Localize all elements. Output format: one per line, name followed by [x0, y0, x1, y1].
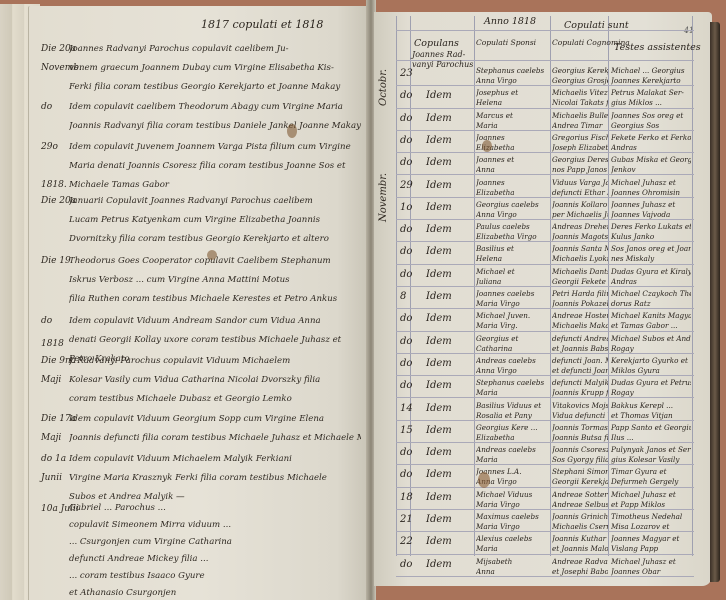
row-cognomina: Andreae Sotter ViduaAndreae Selbus filia	[552, 490, 608, 510]
row-day: 14	[400, 403, 420, 414]
table-row: doIdemMichael Juven.Maria Virg.Andreae H…	[374, 309, 712, 331]
row-day: 23	[400, 68, 420, 79]
row-cognomina: Andreas Dreher etJoannis Magots	[552, 222, 608, 242]
row-day: do	[400, 246, 420, 257]
row-testes-line: Miklos Gyura	[611, 366, 691, 376]
row-testes-line: Misa Lozarov et	[611, 522, 691, 532]
row-testes: Fekete Ferko et FerkoAndras	[611, 133, 691, 153]
row-cognomina: Stephani Simonisz etGeorgii Kerekjarto	[552, 467, 608, 487]
ink-blot	[207, 250, 217, 260]
row-sponsi-line: Joannes caelebs	[476, 289, 548, 299]
row-sponsi-line: Anna Virgo	[476, 76, 548, 86]
table-row: doIdemJoannesElizabethaGregorius Fischer…	[374, 131, 712, 153]
right-page: 41 Anno 1818 Copulati sunt Copulans Copu…	[374, 12, 712, 586]
row-testes: Michael Subos et AndreasRogay	[611, 334, 691, 354]
row-cognomina: Michaelis DantsoalGeorgii Fekete Istvan	[552, 267, 608, 287]
entry-text: Joannes Radvanyi Parochus copulavit cael…	[69, 40, 361, 97]
row-sponsi-line: Marcus et	[476, 111, 548, 121]
row-cognomina-line: Georgius Deres et Ja-	[552, 155, 608, 165]
row-cognomina-line: per Michaelis Juhasz	[552, 210, 608, 220]
row-testes-line: Deres Ferko Lukats et	[611, 222, 691, 232]
row-testes-line: Andras	[611, 143, 691, 153]
row-sponsi: Basilius etHelena	[476, 244, 548, 264]
row-day: do	[400, 157, 420, 168]
row-cognomina-line: Nicolai Takats filia	[552, 98, 608, 108]
row-cognomina-line: defuncti Ethar Miska	[552, 188, 608, 198]
row-cognomina-line: Michaelis Dantsoal	[552, 267, 608, 277]
row-testes-line: Bakkus Kerepl ...	[611, 401, 691, 411]
row-sponsi: Joannes caelebsMaria Virgo	[476, 289, 548, 309]
entry-line: Virgine Maria Krasznyk Ferki filia coram…	[69, 469, 361, 488]
row-cognomina-line: et defuncti Joannis ...	[552, 366, 608, 376]
table-row: 18IdemMichael ViduusMaria VirgoAndreae S…	[374, 488, 712, 510]
table-row: doIdemMichael etJulianaMichaelis Dantsoa…	[374, 265, 712, 287]
row-day: 1o	[400, 202, 420, 213]
row-cognomina-line: Joannis Pokazelt	[552, 299, 608, 309]
row-testes-line: gius Miklos ...	[611, 98, 691, 108]
row-sponsi: Andreas caelebsMaria	[476, 445, 548, 465]
entry-text: Theodorus Goes Cooperator copulavit Cael…	[69, 252, 361, 309]
row-cognomina-line: et Joannis Babs filia	[552, 344, 608, 354]
row-cognomina-line: Joannis Tormasz ...	[552, 423, 608, 433]
column-header-copulans: Copulans	[414, 38, 459, 49]
row-cognomina: Joannis Csoresz etSos Gyorgy filia	[552, 445, 608, 465]
row-day: do	[400, 135, 420, 146]
row-cognomina: defuncti Malyik JanosJoannis Krupp filia	[552, 378, 608, 398]
entry-line: Kolesar Vasily cum Vidua Catharina Nicol…	[69, 371, 361, 390]
row-sponsi-line: Basilius Viduus et	[476, 401, 548, 411]
row-testes-line: Joannes Kerekjarto	[611, 76, 691, 86]
row-testes: Kerekjarto Gyurko etMiklos Gyura	[611, 356, 691, 376]
year-label: Anno 1818	[484, 16, 536, 27]
row-testes-line: Michael Kanits Magyar	[611, 311, 691, 321]
row-day: do	[400, 269, 420, 280]
row-testes: Joannes Magyar etVislang Papp	[611, 534, 691, 554]
row-sponsi-line: Paulus caelebs	[476, 222, 548, 232]
row-cognomina: Michaelis Vitez filiusNicolai Takats fil…	[552, 88, 608, 108]
row-testes: Papp Santo et GeorgiusIlus ...	[611, 423, 691, 443]
row-testes-line: Kerekjarto Gyurko et	[611, 356, 691, 366]
year-mark: 1818.	[41, 180, 67, 190]
row-day: do	[400, 224, 420, 235]
table-row: doIdemGeorgius etCatharinadefuncti Andre…	[374, 332, 712, 354]
entry-line: Iskrus Verbosz ... cum Virgine Anna Matt…	[69, 271, 361, 290]
row-testes: Deres Ferko Lukats etKulus Janko	[611, 222, 691, 242]
row-testes: Bakkus Kerepl ...et Thomas Vitjan	[611, 401, 691, 421]
row-sponsi-line: Elizabetha	[476, 433, 548, 443]
row-sponsi-line: Elizabetha	[476, 188, 548, 198]
row-sponsi-line: Anna	[476, 165, 548, 175]
row-testes-line: Timotheus Nedehal	[611, 512, 691, 522]
entry-line: et Athanasio Csurgonjen	[69, 585, 361, 600]
row-sponsi-line: Georgius caelebs	[476, 200, 548, 210]
entry-line: Idem copulavit Juvenem Joannem Varga Pis…	[69, 138, 361, 157]
row-sponsi: Maximus caelebsMaria Virgo	[476, 512, 548, 532]
row-testes-line: et Thomas Vitjan	[611, 411, 691, 421]
row-testes-line: et Papp Miklos	[611, 500, 691, 510]
table-row: doIdemAndreas caelebsMariaJoannis Csores…	[374, 443, 712, 465]
row-cognomina-line: Andrea Timar	[552, 121, 608, 131]
row-testes-line: dorus Ratz	[611, 299, 691, 309]
row-sponsi-line: Stephanus caelebs	[476, 378, 548, 388]
entry-line: coram testibus Michaele Dubasz et Georgi…	[69, 390, 361, 409]
row-testes-line: Michael Subos et Andreas	[611, 334, 691, 344]
entry-line: Idem copulavit Viduum Georgium Sopp cum …	[69, 410, 361, 429]
row-testes-line: Georgius Sos	[611, 121, 691, 131]
left-page: 1817 copulati et 1818 Die 20a Novemb. Jo…	[28, 6, 371, 600]
row-sponsi: Georgius etCatharina	[476, 334, 548, 354]
row-sponsi: Paulus caelebsElizabetha Virgo	[476, 222, 548, 242]
row-testes: Petrus Malakat Ser-gius Miklos ...	[611, 88, 691, 108]
entry-line: Joannes Radvanyi Parochus copulavit cael…	[69, 40, 361, 59]
table-row: 22IdemAlexius caelebsMariaJoannis Kuthar…	[374, 532, 712, 554]
row-sponsi-line: Juliana	[476, 277, 548, 287]
row-day: 22	[400, 536, 420, 547]
row-sponsi-line: Maria Virgo	[476, 522, 548, 532]
row-testes-line: Defurmeh Gergely	[611, 477, 691, 487]
row-testes: Michael ... GeorgiusJoannes Kerekjarto	[611, 66, 691, 86]
row-cognomina-line: Joannis Kuthar	[552, 534, 608, 544]
row-sponsi-line: Stephanus caelebs	[476, 66, 548, 76]
row-day: do	[400, 90, 420, 101]
row-testes: Michael Kanits Magyaret Tamas Gabor ...	[611, 311, 691, 331]
row-testes-line: Joannes Juhasz et	[611, 200, 691, 210]
entry-line: venem graecum Joannem Dubay cum Virgine …	[69, 59, 361, 78]
table-row: doIdemBasilius etHelenaJoannis Santa Mir…	[374, 242, 712, 264]
row-day: do	[400, 358, 420, 369]
row-sponsi-line: Andreas caelebs	[476, 445, 548, 455]
row-sponsi: Andreas caelebsAnna Virgo	[476, 356, 548, 376]
row-testes-line: Michael Czaykoch Theo-	[611, 289, 691, 299]
row-testes-line: Joannes Magyar et	[611, 534, 691, 544]
row-testes-line: Ilus ...	[611, 433, 691, 443]
row-cognomina-line: Viduus Varga Janos	[552, 178, 608, 188]
open-register-book: 1817 copulati et 1818 Die 20a Novemb. Jo…	[0, 0, 726, 600]
row-testes-line: Fekete Ferko et Ferko	[611, 133, 691, 143]
row-sponsi-line: Maria	[476, 388, 548, 398]
table-row: 23Stephanus caelebsAnna VirgoGeorgius Ke…	[374, 64, 712, 86]
row-sponsi: Georgius caelebsAnna Virgo	[476, 200, 548, 220]
row-testes-line: Joannes Sos oreg et	[611, 111, 691, 121]
row-day: 8	[400, 291, 420, 302]
row-testes: Sos Janos oreg et Joan-nes Miskaly	[611, 244, 691, 264]
row-cognomina: defuncti Joan. Magotset defuncti Joannis…	[552, 356, 608, 376]
row-day: do	[400, 469, 420, 480]
entry-text: Januarii Copulavit Joannes Radvanyi Paro…	[69, 192, 361, 249]
row-testes-line: Papp Santo et Georgius	[611, 423, 691, 433]
row-sponsi: MijsabethAnna	[476, 557, 548, 577]
table-row: doIdemJosephus etHelenaMichaelis Vitez f…	[374, 86, 712, 108]
row-cognomina-line: Joannis Kollaro et	[552, 200, 608, 210]
row-cognomina-line: Joseph Elizabeth Joannes	[552, 143, 608, 153]
row-cognomina: Georgius Kerekjarto etGeorgius Grosjedar	[552, 66, 608, 86]
entry-line: Joannis Radvanyi filia coram testibus Da…	[69, 117, 361, 136]
row-testes-line: Michael Juhasz et	[611, 178, 691, 188]
paper-stain	[478, 472, 490, 488]
row-cognomina-line: Michaelis Lyoknisin	[552, 254, 608, 264]
entry-line: ... Csurgonjen cum Virgine Catharina	[69, 534, 361, 551]
row-sponsi-line: Maria Virg.	[476, 321, 548, 331]
row-testes-line: Michael Juhasz et	[611, 490, 691, 500]
row-cognomina-line: Michaelis Makats filia	[552, 321, 608, 331]
row-testes-line: Michael Juhasz et	[611, 557, 691, 567]
ink-blot	[482, 140, 492, 152]
row-cognomina-line: Joannis Grinich et	[552, 512, 608, 522]
row-cognomina: Georgius Deres et Ja-nos Papp Janos	[552, 155, 608, 175]
row-cognomina-line: Michaelis Bulleony	[552, 111, 608, 121]
row-sponsi: Stephanus caelebsAnna Virgo	[476, 66, 548, 86]
entry-line: denati Georgii Kollay uxore coram testib…	[69, 331, 361, 350]
row-day: do	[400, 380, 420, 391]
row-testes-line: et Tamas Gabor ...	[611, 321, 691, 331]
row-sponsi-line: Anna	[476, 567, 548, 577]
row-cognomina-line: Andreae Radvanyi	[552, 557, 608, 567]
row-testes-line: Sos Janos oreg et Joan-	[611, 244, 691, 254]
row-testes: Dudas Gyura et PetrusRogay	[611, 378, 691, 398]
row-cognomina: Petri Harda filiusJoannis Pokazelt	[552, 289, 608, 309]
row-cognomina-line: Michaelis Csernik filia	[552, 522, 608, 532]
row-cognomina: Joannis Tormasz ...Joannis Butsa filia	[552, 423, 608, 443]
table-row: 29IdemJoannesElizabethaViduus Varga Jano…	[374, 176, 712, 198]
table-row: 14IdemBasilius Viduus etRosalia et PanyV…	[374, 399, 712, 421]
entry-line: Joannis defuncti filia coram testibus Mi…	[69, 429, 361, 448]
entry-line: copulavit Simeonem Mirra viduum ...	[69, 517, 361, 534]
row-cognomina-line: Vidua defuncti Vide	[552, 411, 608, 421]
row-sponsi-line: Andreas caelebs	[476, 356, 548, 366]
row-sponsi-line: Helena	[476, 98, 548, 108]
row-cognomina-line: Georgii Kerekjarto	[552, 477, 608, 487]
entry-line: filia Ruthen coram testibus Michaele Ker…	[69, 290, 361, 309]
row-sponsi-line: Joannes et	[476, 155, 548, 165]
table-row: doIdemPaulus caelebsElizabetha VirgoAndr…	[374, 220, 712, 242]
row-testes-line: Vislang Papp	[611, 544, 691, 554]
row-sponsi: Georgius Kere ...Elizabetha	[476, 423, 548, 443]
row-sponsi: Basilius Viduus etRosalia et Pany	[476, 401, 548, 421]
row-cognomina: Joannis Grinich etMichaelis Csernik fili…	[552, 512, 608, 532]
row-cognomina: Viduus Varga Janosdefuncti Ethar Miska	[552, 178, 608, 198]
row-sponsi-line: Alexius caelebs	[476, 534, 548, 544]
row-day: 29	[400, 180, 420, 191]
row-sponsi: Stephanus caelebsMaria	[476, 378, 548, 398]
row-testes: Dudas Gyura et KiralyAndras	[611, 267, 691, 287]
table-row: doIdemMarcus etMariaMichaelis BulleonyAn…	[374, 109, 712, 131]
row-cognomina-line: defuncti Malyik Janos	[552, 378, 608, 388]
row-cognomina-line: Andreae Selbus filia	[552, 500, 608, 510]
row-sponsi: Michael ViduusMaria Virgo	[476, 490, 548, 510]
column-header-testes: Testes assistentes	[614, 42, 701, 53]
table-row: doIdemStephanus caelebsMariadefuncti Mal…	[374, 376, 712, 398]
row-sponsi-line: Maria Virgo	[476, 299, 548, 309]
row-cognomina: Vitakovics Mojsz filiusVidua defuncti Vi…	[552, 401, 608, 421]
row-sponsi-line: Anna Virgo	[476, 366, 548, 376]
row-cognomina-line: Joannis Krupp filia	[552, 388, 608, 398]
row-testes-line: Kulus Janko	[611, 232, 691, 242]
row-testes: Michael Juhasz etJoannes Obar	[611, 557, 691, 577]
row-sponsi-line: Anna Virgo	[476, 210, 548, 220]
entry-line: defuncti Andreae Mickey filia ...	[69, 551, 361, 568]
row-testes-line: Rogay	[611, 388, 691, 398]
row-sponsi-line: Catharina	[476, 344, 548, 354]
row-sponsi: Marcus etMaria	[476, 111, 548, 131]
row-sponsi-line: Michael Juven.	[476, 311, 548, 321]
row-sponsi-line: Maximus caelebs	[476, 512, 548, 522]
row-sponsi-line: Rosalia et Pany	[476, 411, 548, 421]
row-testes: Timotheus NedehalMisa Lozarov et	[611, 512, 691, 532]
row-cognomina-line: et Joannis Malonky	[552, 544, 608, 554]
row-cognomina-line: et Josephi Babos	[552, 567, 608, 577]
row-cognomina-line: Gregorius Fischer filius	[552, 133, 608, 143]
row-testes: Timar Gyura etDefurmeh Gergely	[611, 467, 691, 487]
row-cognomina-line: Joannis Butsa filia	[552, 433, 608, 443]
row-testes: Gubas Miska et GeorgiusJenkov	[611, 155, 691, 175]
row-sponsi-line: Georgius Kere ...	[476, 423, 548, 433]
row-testes-line: Gubas Miska et Georgius	[611, 155, 691, 165]
register-title: Copulati sunt	[564, 20, 629, 31]
row-cognomina-line: Georgius Grosjedar	[552, 76, 608, 86]
row-testes-line: Joannes Obar	[611, 567, 691, 577]
entry-line: J. Radvanyi Parochus copulavit Viduum Mi…	[69, 352, 361, 371]
entry-line: ... coram testibus Isaaco Gyure	[69, 568, 361, 585]
row-cognomina: Joannis Kutharet Joannis Malonky	[552, 534, 608, 554]
row-testes: Joannes Sos oreg etGeorgius Sos	[611, 111, 691, 131]
row-cognomina: Joannis Kollaro etper Michaelis Juhasz	[552, 200, 608, 220]
row-testes-line: Michael ... Georgius	[611, 66, 691, 76]
row-testes-line: nes Miskaly	[611, 254, 691, 264]
row-cognomina-line: Andreae Sotter Vidua	[552, 490, 608, 500]
row-sponsi-line: Mijsabeth	[476, 557, 548, 567]
entry-text: Idem copulavit Viduum Michaelem Malyik F…	[69, 450, 361, 507]
row-day: do	[400, 447, 420, 458]
row-cognomina: Gregorius Fischer filiusJoseph Elizabeth…	[552, 133, 608, 153]
row-day: 18	[400, 492, 420, 503]
row-cognomina: Michaelis BulleonyAndrea Timar	[552, 111, 608, 131]
row-sponsi: Alexius caelebsMaria	[476, 534, 548, 554]
row-cognomina: Andreae HostenszkyMichaelis Makats filia	[552, 311, 608, 331]
row-sponsi: Joannes etAnna	[476, 155, 548, 175]
row-cognomina: Andreae Radvanyiet Josephi Babos	[552, 557, 608, 577]
row-sponsi-line: Georgius et	[476, 334, 548, 344]
row-sponsi: Michael etJuliana	[476, 267, 548, 287]
row-day: do	[400, 313, 420, 324]
row-sponsi-line: Maria	[476, 544, 548, 554]
table-row: 21IdemMaximus caelebsMaria VirgoJoannis …	[374, 510, 712, 532]
row-day: do	[400, 113, 420, 124]
row-cognomina-line: Joannis Santa Mir et	[552, 244, 608, 254]
table-row: 1oIdemGeorgius caelebsAnna VirgoJoannis …	[374, 198, 712, 220]
row-cognomina-line: defuncti Andreae Vadok	[552, 334, 608, 344]
entry-line: Idem copulavit caelibem Theodorum Abagy …	[69, 98, 361, 117]
row-cognomina-line: Petri Harda filius	[552, 289, 608, 299]
year-mark: 1818	[41, 339, 64, 349]
table-row: 15IdemGeorgius Kere ...ElizabethaJoannis…	[374, 421, 712, 443]
entry-line: Idem copulavit Viduum Andream Sandor cum…	[69, 312, 361, 331]
row-cognomina-line: nos Papp Janos	[552, 165, 608, 175]
row-testes-line: Petrus Malakat Ser-	[611, 88, 691, 98]
row-testes-line: Dudas Gyura et Kiraly	[611, 267, 691, 277]
row-testes-line: Rogay	[611, 344, 691, 354]
row-day: 15	[400, 425, 420, 436]
row-cognomina-line: Georgii Fekete Istvan	[552, 277, 608, 287]
ink-blot	[287, 124, 297, 138]
row-testes-line: Joannes Vajvoda	[611, 210, 691, 220]
row-sponsi-line: Josephus et	[476, 88, 548, 98]
row-sponsi: Josephus etHelena	[476, 88, 548, 108]
row-testes: Pulynyak Janos et Ser-gius Kolesar Vasil…	[611, 445, 691, 465]
row-sponsi-line: Maria	[476, 121, 548, 131]
copulans-line: Joannes Rad-	[412, 50, 473, 60]
row-sponsi: Michael Juven.Maria Virg.	[476, 311, 548, 331]
row-testes-line: gius Kolesar Vasily	[611, 455, 691, 465]
row-sponsi-line: Maria	[476, 455, 548, 465]
row-testes-line: Andras	[611, 277, 691, 287]
book-cover-edge	[710, 22, 720, 582]
entry-line: Idem copulavit Viduum Michaelem Malyik F…	[69, 450, 361, 469]
left-page-title: 1817 copulati et 1818	[201, 18, 323, 31]
entry-text: J. Radvanyi Parochus copulavit Viduum Mi…	[69, 352, 361, 409]
row-cognomina-line: Joannis Csoresz et	[552, 445, 608, 455]
row-testes-line: Dudas Gyura et Petrus	[611, 378, 691, 388]
row-day: do	[400, 559, 420, 570]
row-cognomina: defuncti Andreae Vadoket Joannis Babs fi…	[552, 334, 608, 354]
entry-line: Dvornitzky filia coram testibus Georgio …	[69, 230, 361, 249]
row-cognomina-line: Sos Gyorgy filia	[552, 455, 608, 465]
entry-line: Januarii Copulavit Joannes Radvanyi Paro…	[69, 192, 361, 211]
row-day: do	[400, 336, 420, 347]
row-sponsi-line: Maria Virgo	[476, 500, 548, 510]
table-row: doIdemJoannes etAnnaGeorgius Deres et Ja…	[374, 153, 712, 175]
row-testes: Michael Juhasz etet Papp Miklos	[611, 490, 691, 510]
row-cognomina-line: Joannis Magots	[552, 232, 608, 242]
row-cognomina-line: Michaelis Vitez filius	[552, 88, 608, 98]
row-cognomina-line: Georgius Kerekjarto et	[552, 66, 608, 76]
row-cognomina-line: defuncti Joan. Magots	[552, 356, 608, 366]
row-testes-line: Timar Gyura et	[611, 467, 691, 477]
column-header-sponsi: Copulati Sponsi	[476, 38, 536, 47]
row-day: 21	[400, 514, 420, 525]
entry-text: Idem copulavit Viduum Georgium Sopp cum …	[69, 410, 361, 448]
row-cognomina-line: Stephani Simonisz et	[552, 467, 608, 477]
row-testes: Michael Czaykoch Theo-dorus Ratz	[611, 289, 691, 309]
row-sponsi-line: Helena	[476, 254, 548, 264]
row-sponsi-line: Elizabetha Virgo	[476, 232, 548, 242]
table-row: doIdemAndreas caelebsAnna Virgodefuncti …	[374, 354, 712, 376]
row-testes: Michael Juhasz etJoannes Ohromisin	[611, 178, 691, 198]
entry-text: Idem copulavit Juvenem Joannem Varga Pis…	[69, 138, 361, 195]
row-sponsi: JoannesElizabetha	[476, 178, 548, 198]
row-testes-line: Jenkov	[611, 165, 691, 175]
row-cognomina: Joannis Santa Mir etMichaelis Lyoknisin	[552, 244, 608, 264]
entry-line: Ferki filia coram testibus Georgio Kerek…	[69, 78, 361, 97]
row-sponsi-line: Basilius et	[476, 244, 548, 254]
row-cognomina-line: Andreae Hostenszky	[552, 311, 608, 321]
row-testes: Joannes Juhasz etJoannes Vajvoda	[611, 200, 691, 220]
table-row: doIdemMijsabethAnnaAndreae Radvanyiet Jo…	[374, 555, 712, 577]
entry-text: Gabriel ... Parochus ... copulavit Simeo…	[69, 500, 361, 600]
row-cognomina-line: Vitakovics Mojsz filius	[552, 401, 608, 411]
entry-line: Gabriel ... Parochus ...	[69, 500, 361, 517]
row-cognomina-line: Andreas Dreher et	[552, 222, 608, 232]
row-sponsi-line: Michael Viduus	[476, 490, 548, 500]
row-testes-line: Joannes Ohromisin	[611, 188, 691, 198]
entry-text: Idem copulavit caelibem Theodorum Abagy …	[69, 98, 361, 136]
row-sponsi-line: Michael et	[476, 267, 548, 277]
table-row: doIdemJoannes L.A.Anna VirgoStephani Sim…	[374, 465, 712, 487]
entry-line: Maria denati Joannis Csoresz filia coram…	[69, 157, 361, 176]
row-testes-line: Pulynyak Janos et Ser-	[611, 445, 691, 455]
row-sponsi-line: Joannes	[476, 178, 548, 188]
entry-line: Lucam Petrus Katyenkam cum Virgine Eliza…	[69, 211, 361, 230]
table-row: 8IdemJoannes caelebsMaria VirgoPetri Har…	[374, 287, 712, 309]
